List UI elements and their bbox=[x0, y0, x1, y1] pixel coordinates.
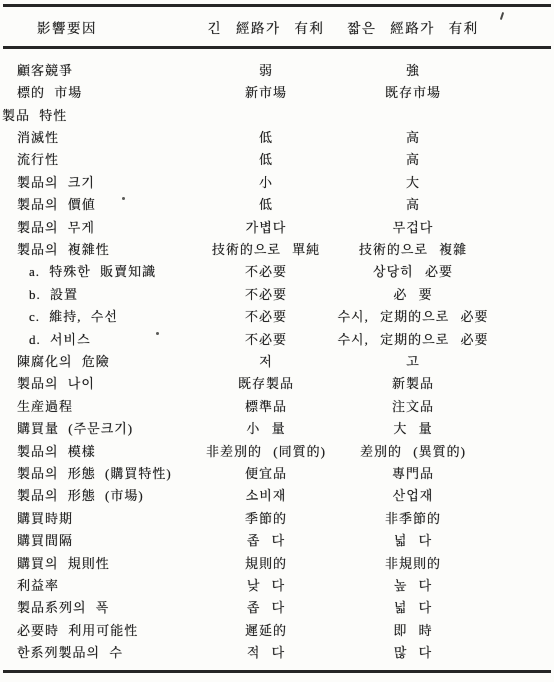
row-long-channel-value: 不必要 bbox=[186, 282, 346, 304]
row-factor-label: 製品 特性 bbox=[0, 103, 207, 125]
table-row: 流行性低高 bbox=[0, 148, 554, 170]
table-row: 購買間隔좁 다넓 다 bbox=[0, 529, 554, 551]
table-row: 製品의 크기小大 bbox=[0, 170, 554, 192]
row-long-channel-value: 低 bbox=[186, 148, 346, 170]
row-short-channel-value: 非規則的 bbox=[328, 551, 498, 573]
row-long-channel-value: 좁 다 bbox=[186, 529, 346, 551]
table-row: 製品의 形態 (市場)소비재산업재 bbox=[0, 484, 554, 506]
row-long-channel-value: 不必要 bbox=[186, 304, 346, 326]
row-short-channel-value: 수시, 定期的으로 必要 bbox=[328, 327, 498, 349]
table-row: 製品의 複雜性技術的으로 單純技術的으로 複雜 bbox=[0, 237, 554, 259]
table-row: 購買時期季節的非季節的 bbox=[0, 506, 554, 528]
table-row: 製品의 무게가볍다무겁다 bbox=[0, 215, 554, 237]
table-row: 顧客競爭弱強 bbox=[0, 58, 554, 80]
row-short-channel-value: 專門品 bbox=[328, 461, 498, 483]
row-long-channel-value: 低 bbox=[186, 125, 346, 147]
row-long-channel-value: 적 다 bbox=[186, 641, 346, 663]
row-short-channel-value: 大 量 bbox=[328, 417, 498, 439]
row-long-channel-value: 技術的으로 單純 bbox=[186, 237, 346, 259]
row-short-channel-value: 既存市場 bbox=[328, 80, 498, 102]
row-long-channel-value: 不必要 bbox=[186, 327, 346, 349]
table-body: 顧客競爭弱強標的 市場新市場既存市場製品 特性消滅性低高流行性低高製品의 크기小… bbox=[0, 58, 554, 663]
table-row: 製品 特性 bbox=[0, 103, 554, 125]
table-row: 必要時 利用可能性遲延的即 時 bbox=[0, 618, 554, 640]
row-short-channel-value: 높 다 bbox=[328, 573, 498, 595]
header-short-channel: 짧은 經路가 有利 bbox=[328, 7, 498, 46]
row-long-channel-value: 標準品 bbox=[186, 394, 346, 416]
row-long-channel-value: 非差別的 (同質的) bbox=[186, 439, 346, 461]
bottom-rule bbox=[3, 670, 551, 673]
row-long-channel-value: 弱 bbox=[186, 58, 346, 80]
table-row: a. 特殊한 販賣知識不必要상당히 必要 bbox=[0, 260, 554, 282]
row-long-channel-value: 小 bbox=[186, 170, 346, 192]
row-long-channel-value: 小 量 bbox=[186, 417, 346, 439]
table-header: 影響要因 긴 經路가 有利 짧은 經路가 有利 bbox=[0, 7, 554, 46]
row-long-channel-value: 新市場 bbox=[186, 80, 346, 102]
row-short-channel-value: 高 bbox=[328, 148, 498, 170]
row-short-channel-value: 무겁다 bbox=[328, 215, 498, 237]
row-long-channel-value: 저 bbox=[186, 349, 346, 371]
scanned-table-page: 影響要因 긴 經路가 有利 짧은 經路가 有利 顧客競爭弱強標的 市場新市場既存… bbox=[0, 0, 554, 682]
row-short-channel-value: 고 bbox=[328, 349, 498, 371]
row-short-channel-value: 넓 다 bbox=[328, 596, 498, 618]
table-row: 購買量 (주문크기)小 量大 量 bbox=[0, 417, 554, 439]
row-short-channel-value: 非季節的 bbox=[328, 506, 498, 528]
row-short-channel-value: 大 bbox=[328, 170, 498, 192]
row-short-channel-value bbox=[328, 103, 498, 125]
header-long-channel: 긴 經路가 有利 bbox=[186, 7, 346, 46]
table-row: 製品의 나이既存製品新製品 bbox=[0, 372, 554, 394]
row-short-channel-value: 수시, 定期的으로 必要 bbox=[328, 304, 498, 326]
row-short-channel-value: 新製品 bbox=[328, 372, 498, 394]
header-separator-rule bbox=[3, 46, 551, 49]
row-short-channel-value: 상당히 必要 bbox=[328, 260, 498, 282]
table-row: 製品의 價値低高 bbox=[0, 192, 554, 214]
row-short-channel-value: 即 時 bbox=[328, 618, 498, 640]
row-long-channel-value: 規則的 bbox=[186, 551, 346, 573]
row-long-channel-value: 遲延的 bbox=[186, 618, 346, 640]
table-row: 購買의 規則性規則的非規則的 bbox=[0, 551, 554, 573]
row-long-channel-value: 낮 다 bbox=[186, 573, 346, 595]
row-short-channel-value: 技術的으로 複雜 bbox=[328, 237, 498, 259]
row-long-channel-value: 가볍다 bbox=[186, 215, 346, 237]
scan-speck bbox=[156, 332, 159, 335]
row-short-channel-value: 넓 다 bbox=[328, 529, 498, 551]
row-long-channel-value: 좁 다 bbox=[186, 596, 346, 618]
row-short-channel-value: 高 bbox=[328, 125, 498, 147]
row-long-channel-value: 既存製品 bbox=[186, 372, 346, 394]
table-row: 標的 市場新市場既存市場 bbox=[0, 80, 554, 102]
row-long-channel-value: 소비재 bbox=[186, 484, 346, 506]
row-short-channel-value: 差別的 (異質的) bbox=[328, 439, 498, 461]
row-long-channel-value: 季節的 bbox=[186, 506, 346, 528]
row-short-channel-value: 많 다 bbox=[328, 641, 498, 663]
row-short-channel-value: 注文品 bbox=[328, 394, 498, 416]
row-long-channel-value: 低 bbox=[186, 192, 346, 214]
row-short-channel-value: 산업재 bbox=[328, 484, 498, 506]
table-row: 製品系列의 폭좁 다넓 다 bbox=[0, 596, 554, 618]
table-row: c. 維持, 수선不必要수시, 定期的으로 必要 bbox=[0, 304, 554, 326]
table-row: 生産過程標準品注文品 bbox=[0, 394, 554, 416]
table-row: 消滅性低高 bbox=[0, 125, 554, 147]
row-long-channel-value bbox=[186, 103, 346, 125]
row-long-channel-value: 不必要 bbox=[186, 260, 346, 282]
row-short-channel-value: 高 bbox=[328, 192, 498, 214]
row-short-channel-value: 強 bbox=[328, 58, 498, 80]
table-row: 利益率낮 다높 다 bbox=[0, 573, 554, 595]
scan-speck bbox=[122, 197, 125, 200]
table-row: d. 서비스不必要수시, 定期的으로 必要 bbox=[0, 327, 554, 349]
row-long-channel-value: 便宜品 bbox=[186, 461, 346, 483]
row-short-channel-value: 必 要 bbox=[328, 282, 498, 304]
table-row: 製品의 模樣非差別的 (同質的)差別的 (異質的) bbox=[0, 439, 554, 461]
table-row: 한系列製品의 수적 다많 다 bbox=[0, 641, 554, 663]
table-row: b. 設置不必要必 要 bbox=[0, 282, 554, 304]
table-row: 製品의 形態 (購買特性)便宜品專門品 bbox=[0, 461, 554, 483]
table-row: 陳腐化의 危險저고 bbox=[0, 349, 554, 371]
